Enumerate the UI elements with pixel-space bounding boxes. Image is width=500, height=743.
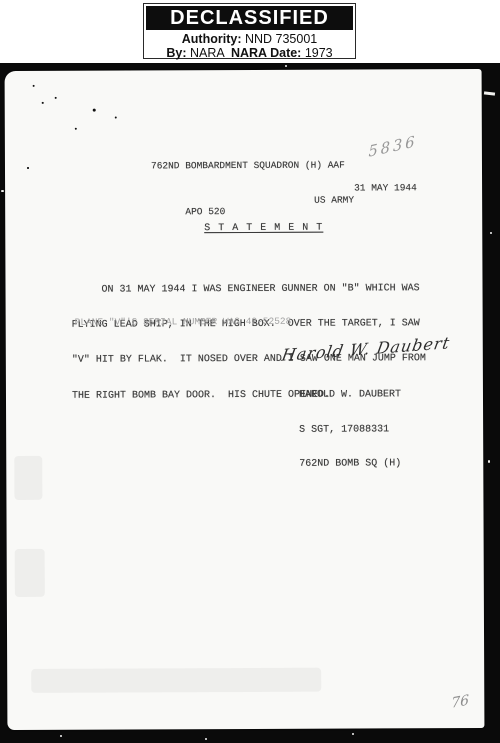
scan-speckle: [93, 109, 96, 112]
declassified-banner: DECLASSIFIED: [146, 6, 353, 30]
statement-heading: S T A T E M E N T: [204, 223, 323, 235]
scan-speckle: [33, 85, 35, 87]
scan-speckle-white: [488, 460, 490, 463]
scan-speckle-white: [285, 65, 287, 67]
scan-speckle: [55, 97, 57, 99]
scan-smudge: [31, 668, 321, 693]
handwritten-page-number: 76: [451, 692, 469, 711]
scan-speckle-white: [60, 735, 62, 737]
scan-speckle-white: [490, 232, 492, 234]
handwritten-file-number: 5836: [368, 132, 417, 161]
scanned-document-page: { "stamp": { "title": "DECLASSIFIED", "a…: [0, 0, 500, 743]
signature-name: HAROLD W. DAUBERT: [299, 389, 401, 401]
stamp-authority-line: Authority: NND 735001: [144, 32, 355, 46]
scan-speckle-white: [1, 190, 4, 192]
stamp-authority-label: Authority:: [182, 32, 245, 46]
scan-edge-nick: [484, 91, 495, 95]
signature-rank-serial: S SGT, 17088331: [299, 424, 401, 436]
statement-body-line: ON 31 MAY 1944 I WAS ENGINEER GUNNER ON …: [71, 283, 425, 296]
letterhead-us-army: US ARMY: [314, 194, 354, 206]
stamp-by-line: By: NARA NARA Date: 1973: [144, 46, 355, 60]
scan-speckle-white: [352, 733, 354, 735]
scan-speckle: [115, 117, 117, 119]
stamp-by-label: By:: [166, 46, 190, 60]
document-page: 762ND BOMBARDMENT SQUADRON (H) AAF APO 5…: [5, 69, 485, 730]
scan-smudge: [14, 456, 42, 500]
serial-number-line: PLANE "V"'S SERIAL NUMBER WAS 42-52528: [75, 316, 292, 328]
scan-speckle: [27, 167, 29, 169]
stamp-date-label: NARA Date:: [231, 46, 305, 60]
document-date: 31 MAY 1944: [354, 182, 417, 193]
letterhead: 762ND BOMBARDMENT SQUADRON (H) AAF APO 5…: [151, 137, 345, 264]
scan-speckle: [75, 128, 77, 130]
signature-unit: 762ND BOMB SQ (H): [299, 458, 401, 470]
scan-speckle-white: [205, 738, 207, 740]
letterhead-apo: APO 520: [185, 206, 225, 217]
stamp-date-value: 1973: [305, 46, 333, 60]
scan-smudge: [15, 549, 45, 597]
declassified-stamp: DECLASSIFIED Authority: NND 735001 By: N…: [143, 3, 356, 59]
scan-speckle: [42, 102, 44, 104]
stamp-authority-value: NND 735001: [245, 32, 317, 46]
signature-block: HAROLD W. DAUBERT S SGT, 17088331 762ND …: [299, 366, 402, 493]
letterhead-unit: 762ND BOMBARDMENT SQUADRON (H) AAF: [151, 160, 345, 172]
stamp-by-value: NARA: [190, 46, 231, 60]
stamp-strip: DECLASSIFIED Authority: NND 735001 By: N…: [0, 0, 500, 63]
